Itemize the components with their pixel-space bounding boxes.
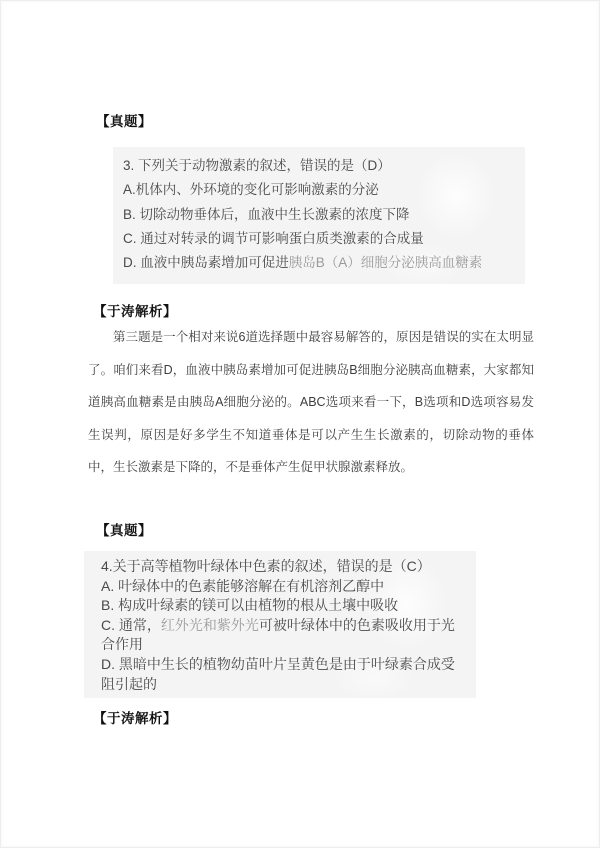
- question-4-option-a: A. 叶绿体中的色素能够溶解在有机溶剂乙醇中: [101, 577, 464, 597]
- exam-label-1: 【真题】: [96, 110, 152, 130]
- analysis-label-2: 【于涛解析】: [93, 707, 177, 727]
- analysis-paragraph: 第三题是一个相对来说6道选择题中最容易解答的，原因是错误的实在太明显了。咱们来看…: [88, 321, 534, 484]
- question-3-option-b: B. 切除动物垂体后，血液中生长激素的浓度下降: [123, 203, 515, 227]
- question-4-option-c-prefix: C. 通常，: [101, 617, 161, 633]
- question-3-box: 3. 下列关于动物激素的叙述，错误的是（D） A.机体内、外环境的变化可影响激素…: [113, 147, 525, 284]
- question-3-option-c: C. 通过对转录的调节可影响蛋白质类激素的合成量: [123, 227, 515, 251]
- analysis-label-1: 【于涛解析】: [93, 300, 177, 320]
- document-page: 【真题】 3. 下列关于动物激素的叙述，错误的是（D） A.机体内、外环境的变化…: [0, 0, 600, 848]
- question-3-option-a: A.机体内、外环境的变化可影响激素的分泌: [123, 178, 515, 202]
- question-4-option-d: D. 黑暗中生长的植物幼苗叶片呈黄色是由于叶绿素合成受阻引起的: [101, 655, 464, 694]
- question-3-title: 3. 下列关于动物激素的叙述，错误的是（D）: [123, 154, 515, 178]
- question-3-option-d-faded: 胰岛B（A）细胞分泌胰高血糖素: [289, 255, 483, 270]
- question-3-option-d-main: D. 血液中胰岛素增加可促进: [123, 255, 289, 270]
- question-4-title: 4.关于高等植物叶绿体中色素的叙述，错误的是（C）: [101, 557, 464, 577]
- question-4-option-c-faded: 红外光和紫外光: [161, 617, 259, 633]
- exam-label-2: 【真题】: [96, 519, 152, 539]
- question-3-option-d: D. 血液中胰岛素增加可促进胰岛B（A）细胞分泌胰高血糖素: [123, 251, 515, 275]
- question-4-option-c: C. 通常，红外光和紫外光可被叶绿体中的色素吸收用于光合作用: [101, 616, 464, 655]
- question-4-option-b: B. 构成叶绿素的镁可以由植物的根从土壤中吸收: [101, 596, 464, 616]
- question-4-box: 4.关于高等植物叶绿体中色素的叙述，错误的是（C） A. 叶绿体中的色素能够溶解…: [84, 551, 476, 698]
